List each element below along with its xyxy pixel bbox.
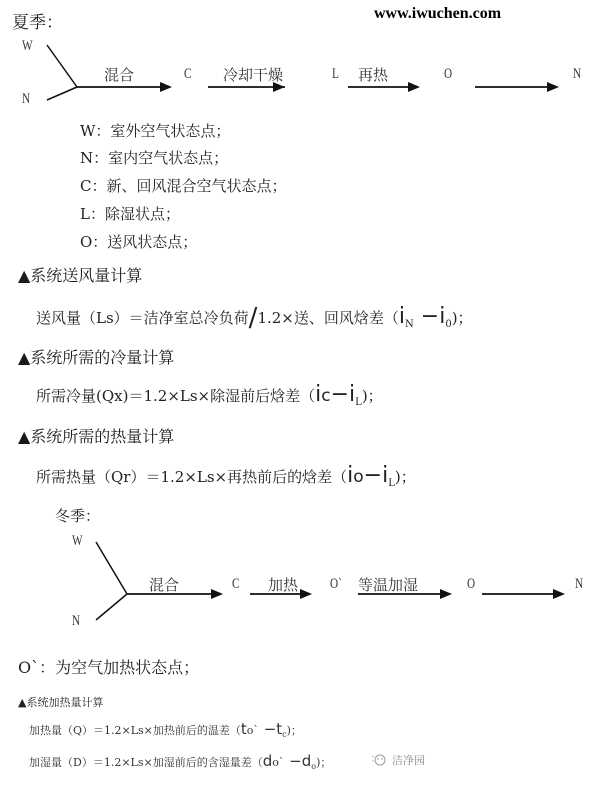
formula-cooling-load: 所需冷量(Qx)＝1.2×Ls×除湿前后焓差（ic−iL)； xyxy=(36,382,383,408)
subscript: L xyxy=(388,478,395,489)
watermark: 洁净园 xyxy=(371,752,425,768)
node-n-input: N xyxy=(22,91,30,108)
node-o: O xyxy=(467,576,475,593)
formula-heating-load: 所需热量（Qr）＝1.2×Ls×再热前后的焓差（io−iL)； xyxy=(36,463,416,489)
formula-heating-amount: 加热量（Q）＝1.2×Ls×加热前后的温差（to` −tc)； xyxy=(29,720,302,739)
formula-text: )； xyxy=(316,756,331,769)
winter-note: O`：为空气加热状态点； xyxy=(18,655,199,678)
edge-label-reheat: 再热 xyxy=(358,64,388,85)
edge-label-isothermal-humidification: 等温加湿 xyxy=(358,574,418,595)
summer-process-diagram xyxy=(0,30,607,110)
minus-symbol: − xyxy=(414,304,439,329)
formula-supply-air: 送风量（Ls）＝洁净室总冷负荷/1.2×送、回风焓差（iN −i0)； xyxy=(36,303,473,333)
node-w: W xyxy=(72,533,83,550)
edge-label-cooling-drying: 冷却干燥 xyxy=(223,64,283,85)
legend-w: W：室外空气状态点； xyxy=(80,120,230,141)
state-label: o` xyxy=(247,724,259,737)
minus-symbol: − xyxy=(284,752,301,770)
heading-supply-air: ▲系统送风量计算 xyxy=(18,263,142,286)
node-n-input: N xyxy=(72,613,80,630)
minus-symbol: − xyxy=(259,720,276,738)
legend-c: C：新、回风混合空气状态点； xyxy=(80,175,286,196)
winter-label: 冬季： xyxy=(55,505,100,526)
formula-text: )； xyxy=(287,724,302,737)
wechat-icon xyxy=(371,753,387,767)
edge-label-mixing: 混合 xyxy=(104,64,134,85)
winter-process-diagram xyxy=(0,530,607,630)
node-c: C xyxy=(232,576,240,593)
node-n-output: N xyxy=(575,576,583,593)
heading-cooling-load: ▲系统所需的冷量计算 xyxy=(18,345,174,368)
formula-text: )； xyxy=(452,309,473,327)
site-url: www.iwuchen.com xyxy=(374,5,501,23)
legend-o: O：送风状态点； xyxy=(80,231,197,252)
node-w: W xyxy=(22,38,33,55)
formula-text: )； xyxy=(395,468,416,486)
formula-text: 所需冷量(Qx)＝1.2×Ls×除湿前后焓差（ xyxy=(36,387,315,405)
minus-symbol: − xyxy=(331,382,349,407)
heading-heating-amount: ▲系统加热量计算 xyxy=(18,694,103,710)
subscript: L xyxy=(355,397,362,408)
moisture-symbol: d xyxy=(302,752,312,770)
subscript: N xyxy=(405,319,414,330)
state-label: c xyxy=(321,386,330,406)
legend-n: N：室内空气状态点； xyxy=(80,147,228,168)
node-n-output: N xyxy=(573,66,581,83)
formula-humidification-amount: 加湿量（D）＝1.2×Ls×加湿前后的含湿量差（do` −do)； xyxy=(29,752,331,771)
state-label: o` xyxy=(272,756,284,769)
formula-text: 送风量（Ls）＝洁净室总冷负荷 xyxy=(36,309,249,327)
node-l: L xyxy=(332,66,339,83)
formula-text: 所需热量（Qr）＝1.2×Ls×再热前后的焓差（ xyxy=(36,468,347,486)
legend-l: L：除湿状点； xyxy=(80,203,180,224)
formula-text: 1.2×送、回风焓差（ xyxy=(257,309,398,327)
moisture-symbol: d xyxy=(263,752,273,770)
node-o: O xyxy=(444,66,452,83)
heading-heating-load: ▲系统所需的热量计算 xyxy=(18,424,174,447)
watermark-text: 洁净园 xyxy=(392,752,425,768)
edge-label-heating: 加热 xyxy=(268,574,298,595)
formula-text: )； xyxy=(362,387,383,405)
node-c: C xyxy=(184,66,192,83)
edge-label-mixing: 混合 xyxy=(149,574,179,595)
formula-text: 加湿量（D）＝1.2×Ls×加湿前后的含湿量差（ xyxy=(29,756,263,769)
minus-symbol: − xyxy=(364,463,382,488)
node-o-prime: O` xyxy=(330,576,342,593)
state-label: o xyxy=(353,467,363,487)
formula-text: 加热量（Q）＝1.2×Ls×加热前后的温差（ xyxy=(29,724,241,737)
